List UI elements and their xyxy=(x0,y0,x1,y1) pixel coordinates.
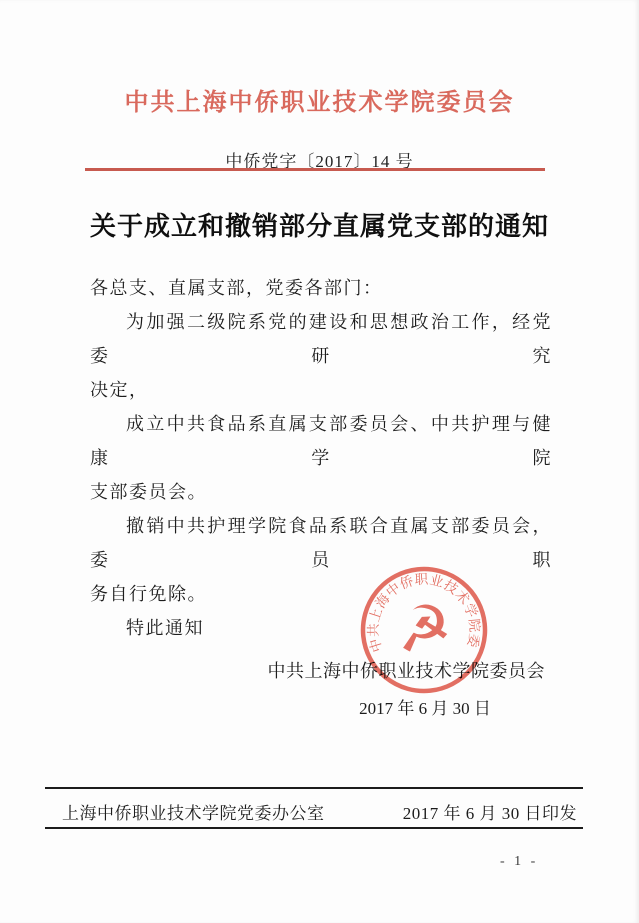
issuing-org-header: 中共上海中侨职业技术学院委员会 xyxy=(0,82,639,117)
footer-top-rule xyxy=(45,787,583,789)
footer-issuing-office: 上海中侨职业技术学院党委办公室 xyxy=(62,799,325,824)
body-line: 决定， xyxy=(90,373,552,407)
page-number: - 1 - xyxy=(500,854,538,870)
footer-bottom-rule xyxy=(45,827,583,829)
body-line-salutation: 各总支、直属支部，党委各部门： xyxy=(90,271,552,305)
footer-colophon: 上海中侨职业技术学院党委办公室 2017 年 6 月 30 日印发 xyxy=(62,799,577,824)
body-line: 支部委员会。 xyxy=(90,475,552,509)
document-page: 中共上海中侨职业技术学院委员会 中侨党字〔2017〕14 号 关于成立和撤销部分… xyxy=(0,0,639,923)
red-divider-rule xyxy=(85,168,545,171)
hammer-sickle-icon: ☭ xyxy=(393,593,455,666)
body-line: 为加强二级院系党的建设和思想政治工作，经党委研究 xyxy=(90,305,552,373)
body-line: 成立中共食品系直属支部委员会、中共护理与健康学院 xyxy=(90,407,552,475)
official-seal: 中共上海中侨职业技术学院委员会 ☭ xyxy=(347,553,501,707)
footer-print-date: 2017 年 6 月 30 日印发 xyxy=(403,799,577,824)
notice-title: 关于成立和撤销部分直属党支部的通知 xyxy=(0,206,639,243)
